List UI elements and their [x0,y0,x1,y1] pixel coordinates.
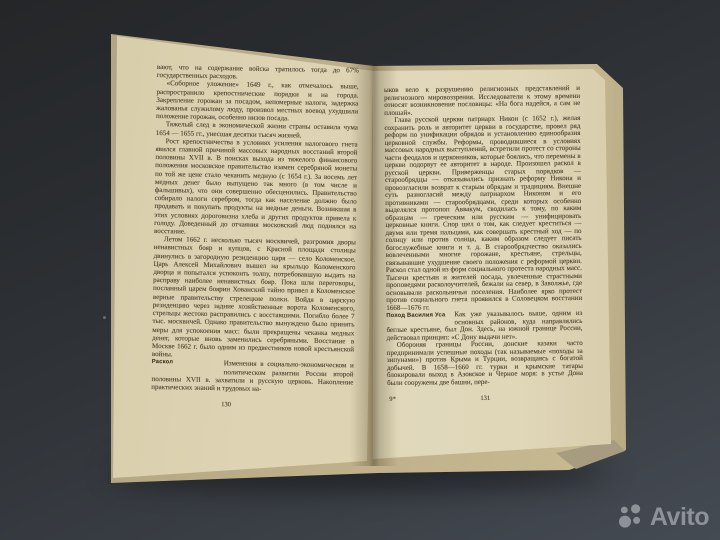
right-page-number: 131 [480,395,490,402]
avito-logo-icon [618,504,645,531]
left-page-text: вают, что на содержание войска тратилось… [151,63,359,412]
paragraph: ыков вело к разрушению религиозных предс… [384,85,580,117]
paragraph: Глава русской церкви патриарх Никон (с 1… [384,115,582,312]
paragraph: Поход Василия УсаКак уже указывалось выш… [386,310,582,342]
right-page-text: ыков вело к разрушению религиозных предс… [384,85,583,404]
left-page-paragraphs: вают, что на содержание войска тратилось… [151,63,359,395]
dust-speck [103,316,106,319]
paragraph: РасколИзменения в социально-экономическо… [151,358,354,394]
paragraph: Летом 1662 г. несколько тысяч москвичей,… [152,235,356,362]
photo-background: вают, что на содержание войска тратилось… [0,0,720,540]
paragraph: Обороняя границы России, донские казаки … [387,340,583,387]
paragraph: Рост крепостничества в условиях усиления… [154,137,358,239]
watermark-brand-text: Avito [650,505,709,530]
signature-mark: 9* [389,396,396,404]
right-page-paragraphs: ыков вело к разрушению религиозных предс… [384,85,583,387]
margin-heading: Раскол [152,358,224,375]
margin-heading: Поход Василия Уса [386,311,454,327]
paragraph: «Соборное уложение» 1649 г., как отмечал… [156,79,359,124]
avito-watermark: Avito [618,504,709,531]
